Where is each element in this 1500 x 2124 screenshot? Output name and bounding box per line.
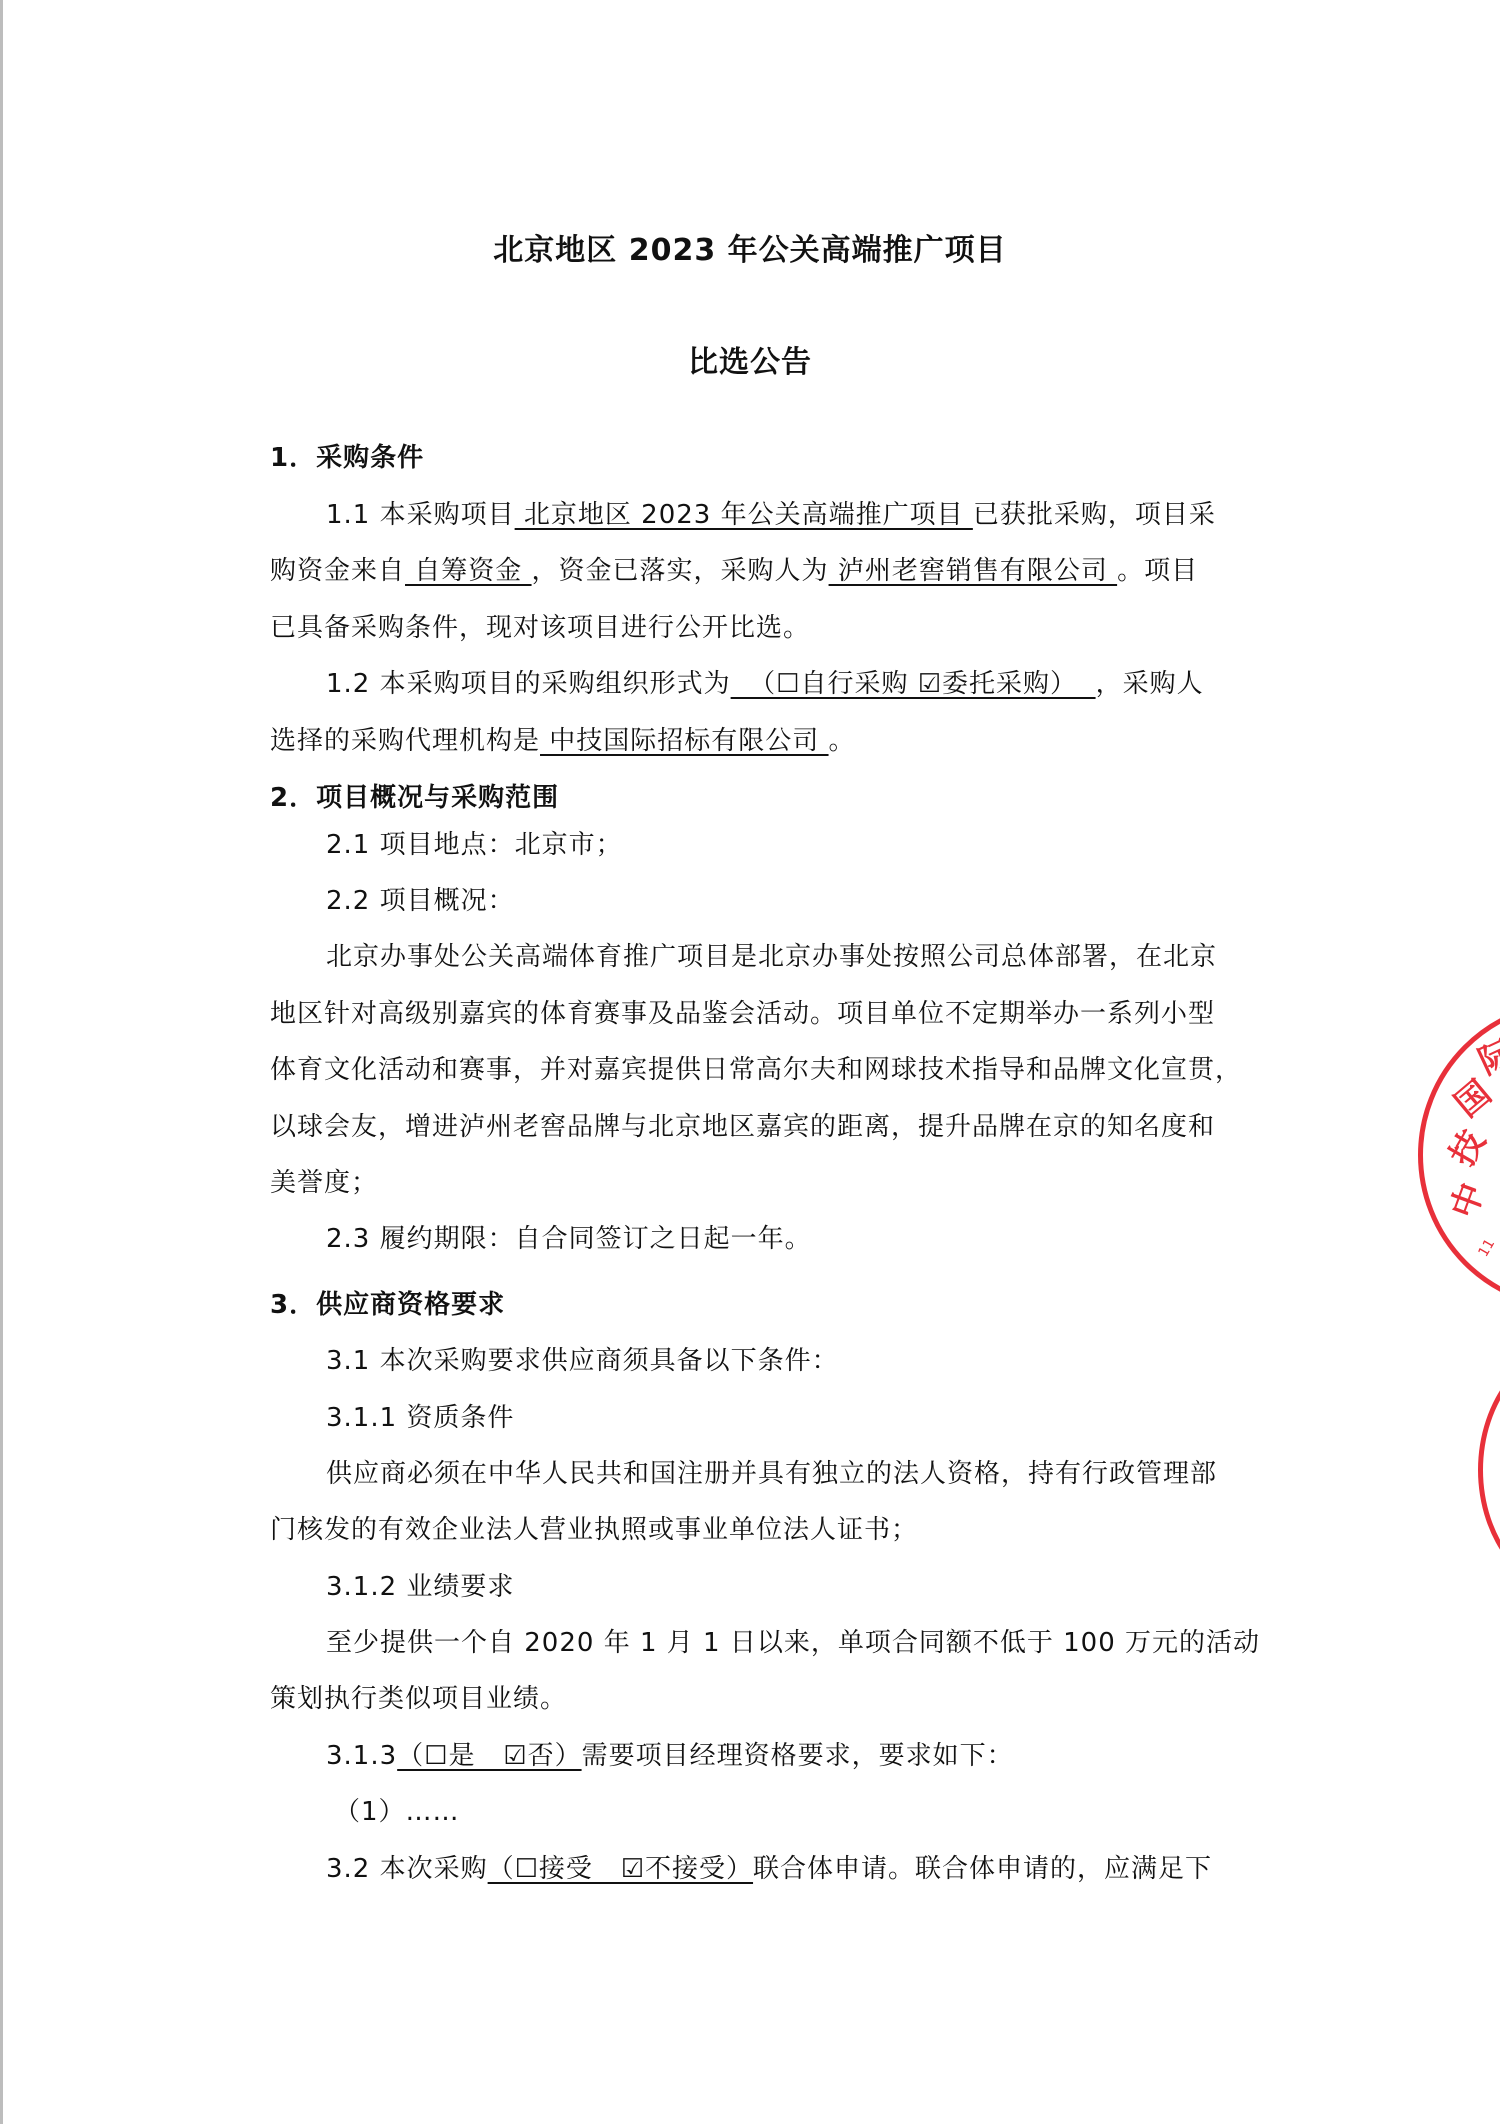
paragraph-3-1-2: 3.1.2 业绩要求 [326,1569,514,1605]
scan-edge [0,0,3,2124]
section-2-heading: 2．项目概况与采购范围 [270,780,559,816]
section-3-heading: 3．供应商资格要求 [270,1287,505,1323]
text: ，资金已落实，采购人为 [532,556,829,586]
text: ，采购人 [1096,669,1204,699]
pm-requirement-choice: （☐是 ☑否） [397,1741,581,1771]
text: 。 [829,726,856,756]
text: 3.2 本次采购 [326,1854,488,1884]
paragraph-3-1-1: 3.1.1 资质条件 [326,1400,514,1436]
text: 已获批采购，项目采 [973,500,1216,530]
project-name-field: 北京地区 2023 年公关高端推广项目 [515,500,973,530]
paragraph-2-1: 2.1 项目地点：北京市； [326,827,623,863]
list-item-1: （1）…… [334,1794,460,1830]
paragraph-3-1: 3.1 本次采购要求供应商须具备以下条件： [326,1343,839,1379]
document-title: 北京地区 2023 年公关高端推广项目 [0,225,1500,269]
performance-line: 策划执行类似项目业绩。 [270,1681,567,1717]
consortium-choice: （☐接受 ☑不接受） [488,1854,753,1884]
purchaser-field: 泸州老窖销售有限公司 [829,556,1118,586]
text: 联合体申请。联合体申请的，应满足下 [753,1854,1212,1884]
overview-line: 以球会友，增进泸州老窖品牌与北京地区嘉宾的距离，提升品牌在京的知名度和 [270,1109,1215,1145]
agency-field: 中技国际招标有限公司 [540,726,829,756]
paragraph-3-2: 3.2 本次采购（☐接受 ☑不接受）联合体申请。联合体申请的，应满足下 [326,1851,1212,1887]
paragraph-3-1-3: 3.1.3（☐是 ☑否）需要项目经理资格要求，要求如下： [326,1738,1014,1774]
qualification-line: 门核发的有效企业法人营业执照或事业单位法人证书； [270,1512,918,1548]
overview-line: 美誉度； [270,1165,378,1201]
second-seal [1478,1340,1500,1600]
overview-line: 地区针对高级别嘉宾的体育赛事及品鉴会活动。项目单位不定期举办一系列小型 [270,996,1215,1032]
paragraph-1-1-line1: 1.1 本采购项目 北京地区 2023 年公关高端推广项目 已获批采购，项目采 [326,497,1216,533]
text: 1.2 本采购项目的采购组织形式为 [326,669,731,699]
paragraph-1-1-line2: 购资金来自 自筹资金 ，资金已落实，采购人为 泸州老窖销售有限公司 。项目 [270,553,1198,589]
document-subtitle: 比选公告 [0,337,1500,381]
paragraph-1-2-line1: 1.2 本采购项目的采购组织形式为 （☐自行采购 ☑委托采购） ，采购人 [326,666,1204,702]
text: 需要项目经理资格要求，要求如下： [582,1741,1014,1771]
performance-line: 至少提供一个自 2020 年 1 月 1 日以来，单项合同额不低于 100 万元… [326,1625,1260,1661]
text: 3.1.3 [326,1741,397,1771]
text: 选择的采购代理机构是 [270,726,540,756]
paragraph-1-1-line3: 已具备采购条件，现对该项目进行公开比选。 [270,610,810,646]
paragraph-1-2-line2: 选择的采购代理机构是 中技国际招标有限公司 。 [270,723,856,759]
paragraph-2-3: 2.3 履约期限：自合同签订之日起一年。 [326,1221,812,1257]
paragraph-2-2: 2.2 项目概况： [326,883,515,919]
text: 。项目 [1117,556,1198,586]
text: 1.1 本采购项目 [326,500,515,530]
overview-line: 体育文化活动和赛事，并对嘉宾提供日常高尔夫和网球技术指导和品牌文化宣贯， [270,1052,1242,1088]
qualification-line: 供应商必须在中华人民共和国注册并具有独立的法人资格，持有行政管理部 [326,1456,1217,1492]
section-1-heading: 1．采购条件 [270,440,424,476]
fund-source-field: 自筹资金 [405,556,532,586]
overview-line: 北京办事处公关高端体育推广项目是北京办事处按照公司总体部署，在北京 [326,939,1217,975]
procurement-form-field: （☐自行采购 ☑委托采购） [731,669,1096,699]
text: 购资金来自 [270,556,405,586]
